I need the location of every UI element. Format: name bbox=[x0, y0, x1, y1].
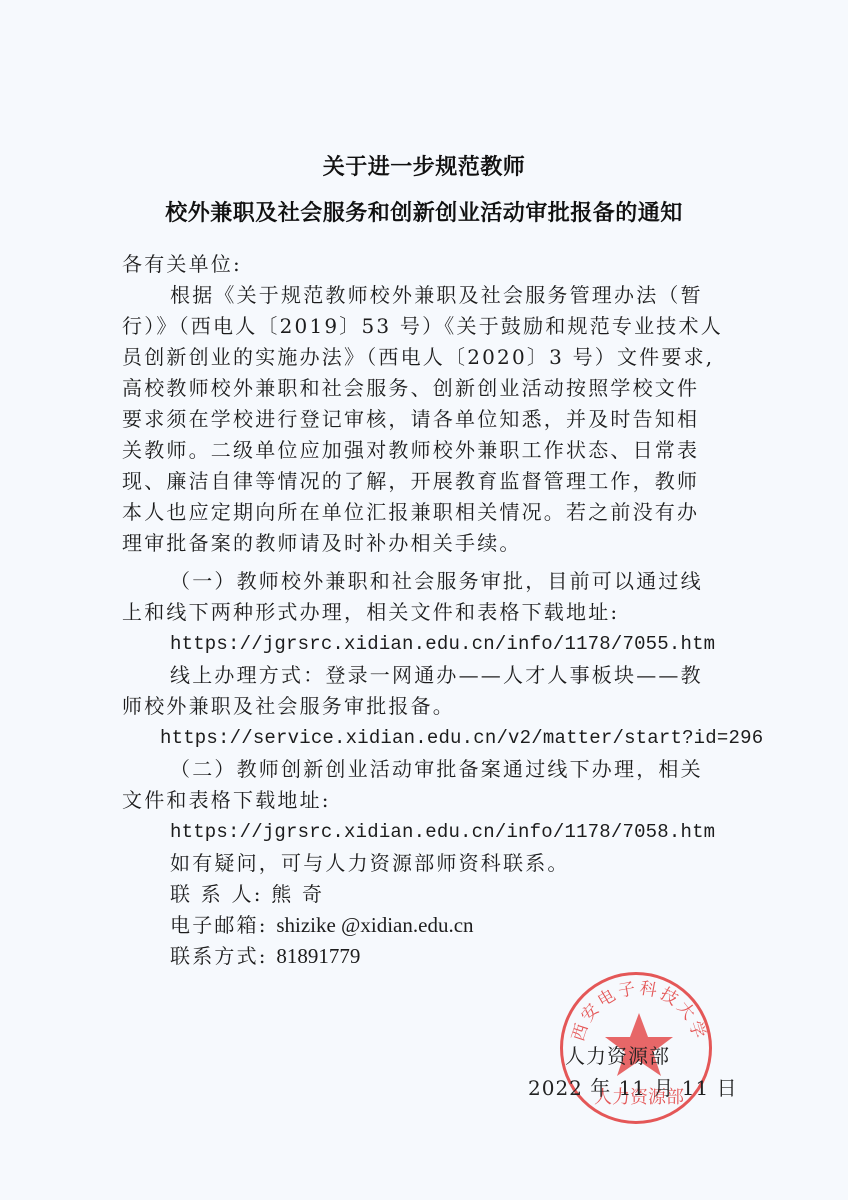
section2-line: （二）教师创新创业活动审批备案通过线下办理，相关 bbox=[170, 757, 770, 781]
body-line: 行）》（西电人〔2019〕53 号）《关于鼓励和规范专业技术人 bbox=[122, 314, 722, 338]
body-line: 关教师。二级单位应加强对教师校外兼职工作状态、日常表 bbox=[122, 438, 722, 462]
contact-phone-label: 联系方式: bbox=[170, 944, 268, 968]
body-line: 本人也应定期向所在单位汇报兼职相关情况。若之前没有办 bbox=[122, 500, 722, 524]
body-line: 现、廉洁自律等情况的了解，开展教育监督管理工作，教师 bbox=[122, 469, 722, 493]
online-url-link[interactable]: https://service.xidian.edu.cn/v2/matter/… bbox=[160, 726, 760, 750]
body-line: 高校教师校外兼职和社会服务、创新创业活动按照学校文件 bbox=[122, 376, 722, 400]
contact-email-row: 电子邮箱: shizike @xidian.edu.cn bbox=[170, 913, 770, 937]
contact-email-value[interactable]: shizike @xidian.edu.cn bbox=[276, 913, 473, 937]
body-line: 员创新创业的实施办法》（西电人〔2020〕3 号）文件要求, bbox=[122, 345, 722, 369]
contact-person-value: 熊 奇 bbox=[271, 882, 324, 906]
section1-line: （一）教师校外兼职和社会服务审批，目前可以通过线 bbox=[170, 569, 770, 593]
section1-url-link[interactable]: https://jgrsrc.xidian.edu.cn/info/1178/7… bbox=[170, 632, 770, 656]
salutation: 各有关单位: bbox=[122, 252, 722, 276]
section2-url-link[interactable]: https://jgrsrc.xidian.edu.cn/info/1178/7… bbox=[170, 820, 770, 844]
body-line: 理审批备案的教师请及时补办相关手续。 bbox=[122, 531, 722, 555]
online-method-line: 师校外兼职及社会服务审批报备。 bbox=[122, 694, 722, 718]
document-title-line2: 校外兼职及社会服务和创新创业活动审批报备的通知 bbox=[0, 196, 848, 227]
inquiry-line: 如有疑问，可与人力资源部师资科联系。 bbox=[170, 851, 770, 875]
section1-line: 上和线下两种形式办理，相关文件和表格下载地址: bbox=[122, 600, 722, 624]
online-method-line: 线上办理方式：登录一网通办——人才人事板块——教 bbox=[170, 663, 770, 687]
body-line: 根据《关于规范教师校外兼职及社会服务管理办法（暂 bbox=[170, 283, 770, 307]
section2-line: 文件和表格下载地址: bbox=[122, 788, 722, 812]
contact-phone-value: 81891779 bbox=[276, 944, 360, 968]
document-page: 关于进一步规范教师 校外兼职及社会服务和创新创业活动审批报备的通知 各有关单位:… bbox=[0, 0, 848, 1200]
contact-email-label: 电子邮箱: bbox=[170, 913, 268, 937]
signature-department: 人力资源部 bbox=[565, 1040, 670, 1069]
contact-person-label: 联 系 人: bbox=[170, 882, 263, 906]
signature-date: 2022 年 11 月 11 日 bbox=[528, 1072, 738, 1101]
document-title-line1: 关于进一步规范教师 bbox=[0, 150, 848, 181]
body-line: 要求须在学校进行登记审核，请各单位知悉，并及时告知相 bbox=[122, 407, 722, 431]
contact-phone-row: 联系方式: 81891779 bbox=[170, 944, 770, 968]
contact-person-row: 联 系 人: 熊 奇 bbox=[170, 882, 770, 906]
